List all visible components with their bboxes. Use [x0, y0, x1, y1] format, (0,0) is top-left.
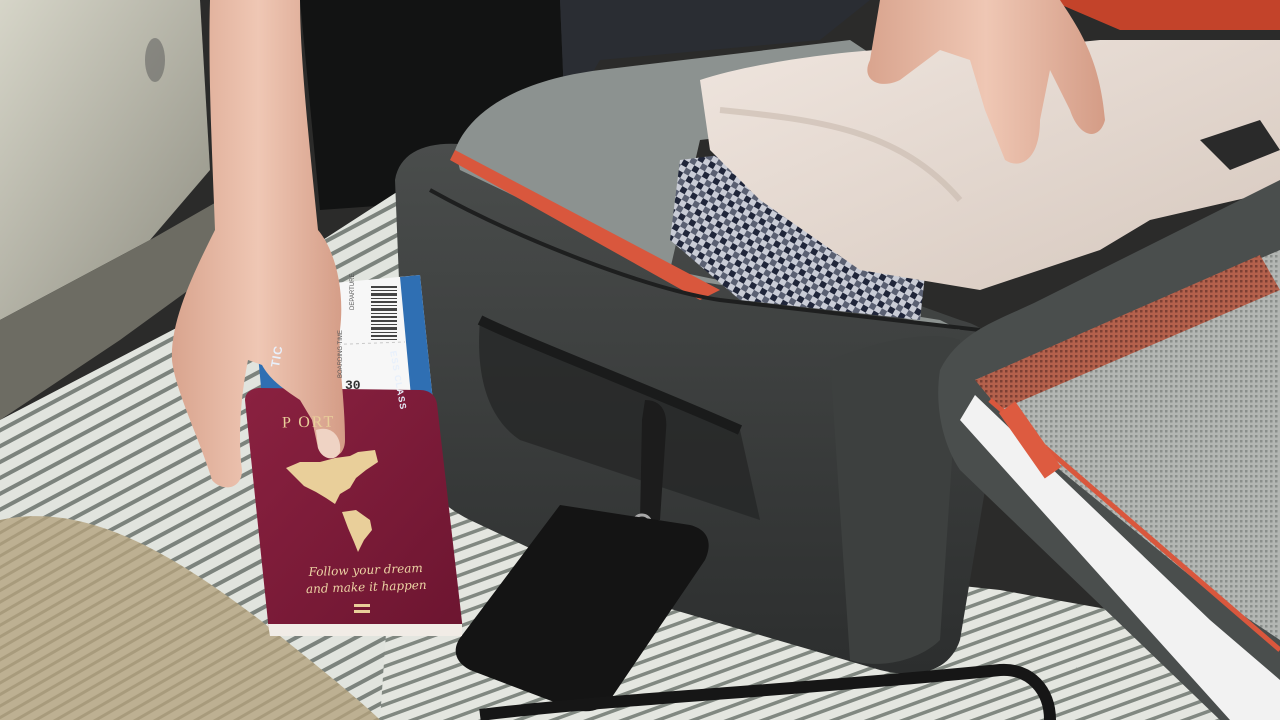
boarding-pass-departure-label: DEPARTURE	[350, 274, 356, 310]
scene-illustration	[0, 0, 1280, 720]
boarding-pass-boarding-time-label: BOARDING TIME	[338, 330, 344, 378]
boarding-pass-seat-number: 30	[345, 378, 361, 393]
passport-title: P ORT	[282, 414, 336, 433]
barcode	[370, 283, 398, 343]
photo-scene: P ORT Follow your dream and make it happ…	[0, 0, 1280, 720]
passport-motto: Follow your dream and make it happen	[295, 560, 436, 599]
